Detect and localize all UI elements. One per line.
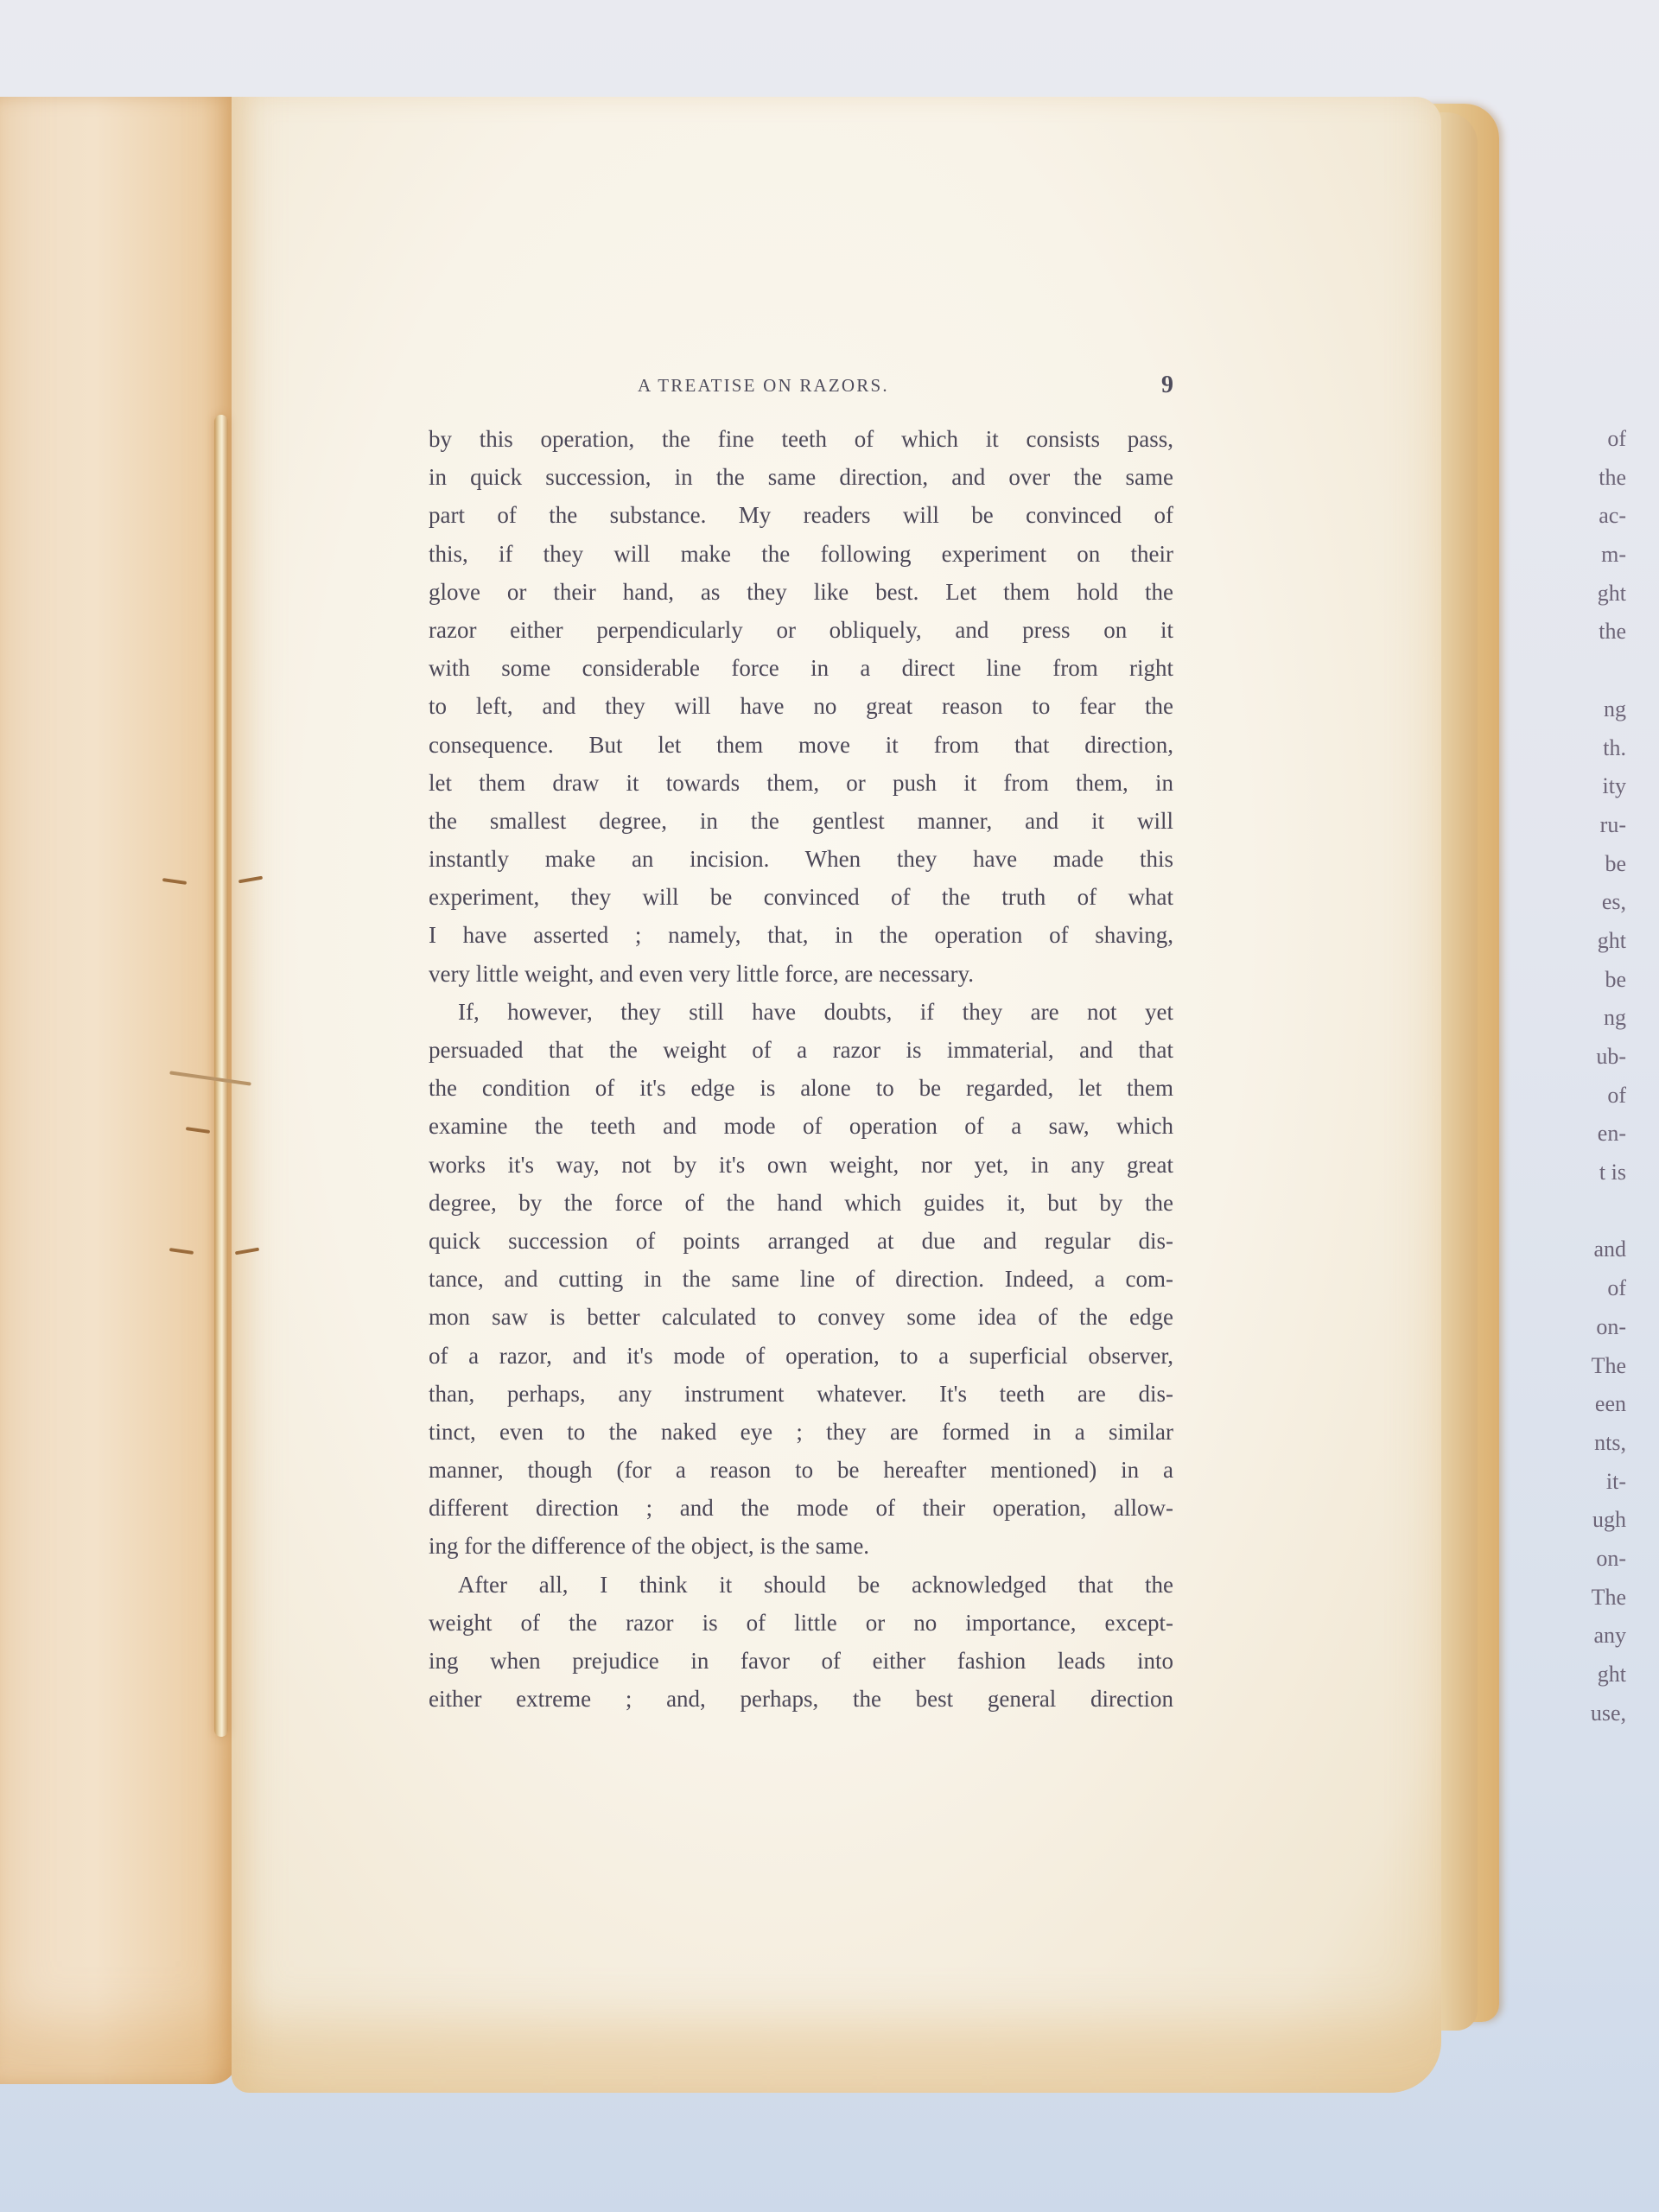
left-fragment: The xyxy=(1522,1347,1626,1386)
text-line: instantly make an incision. When they ha… xyxy=(429,840,1173,878)
left-fragment: es, xyxy=(1522,883,1626,922)
running-title: A TREATISE ON RAZORS. xyxy=(638,375,889,397)
text-line: of a razor, and it's mode of operation, … xyxy=(429,1337,1173,1375)
left-fragment: the xyxy=(1522,459,1626,498)
left-fragment: t is xyxy=(1522,1154,1626,1192)
left-fragment: use, xyxy=(1522,1694,1626,1733)
text-line: this, if they will make the following ex… xyxy=(429,535,1173,573)
left-fragment: be xyxy=(1522,845,1626,884)
text-line: to left, and they will have no great rea… xyxy=(429,687,1173,725)
left-fragment: nts, xyxy=(1522,1424,1626,1463)
left-fragment: of xyxy=(1522,1269,1626,1308)
text-line: weight of the razor is of little or no i… xyxy=(429,1604,1173,1642)
text-line: examine the teeth and mode of operation … xyxy=(429,1107,1173,1145)
text-line: let them draw it towards them, or push i… xyxy=(429,764,1173,802)
left-fragment: ugh xyxy=(1522,1501,1626,1540)
text-line: quick succession of points arranged at d… xyxy=(429,1222,1173,1260)
text-line: mon saw is better calculated to convey s… xyxy=(429,1298,1173,1336)
left-fragment: it- xyxy=(1522,1463,1626,1502)
text-line: glove or their hand, as they like best. … xyxy=(429,573,1173,611)
text-line: manner, though (for a reason to be herea… xyxy=(429,1451,1173,1489)
text-line: ing when prejudice in favor of either fa… xyxy=(429,1642,1173,1680)
paragraph-end-line: very little weight, and even very little… xyxy=(429,955,1173,993)
body-text: by this operation, the fine teeth of whi… xyxy=(429,420,1173,1718)
left-fragment: The xyxy=(1522,1579,1626,1618)
text-line: in quick succession, in the same directi… xyxy=(429,458,1173,496)
left-fragment: ng xyxy=(1522,999,1626,1038)
running-head: A TREATISE ON RAZORS. 9 xyxy=(396,375,1173,401)
text-line: degree, by the force of the hand which g… xyxy=(429,1184,1173,1222)
left-fragment: any xyxy=(1522,1617,1626,1656)
left-fragment: be xyxy=(1522,961,1626,1000)
left-fragment: ght xyxy=(1522,922,1626,961)
left-fragment: the xyxy=(1522,613,1626,652)
left-fragment: ity xyxy=(1522,767,1626,806)
left-fragment: ub- xyxy=(1522,1038,1626,1077)
left-fragment: een xyxy=(1522,1385,1626,1424)
left-fragment: m- xyxy=(1522,536,1626,575)
text-line: by this operation, the fine teeth of whi… xyxy=(429,420,1173,458)
text-line: consequence. But let them move it from t… xyxy=(429,726,1173,764)
left-page-text-fragments: of the ac- m- ght the ng th. ity ru- be … xyxy=(1522,420,1626,1732)
left-fragment: ru- xyxy=(1522,806,1626,845)
left-fragment: on- xyxy=(1522,1540,1626,1579)
left-fragment: en- xyxy=(1522,1115,1626,1154)
text-line: persuaded that the weight of a razor is … xyxy=(429,1031,1173,1069)
text-line: razor either perpendicularly or obliquel… xyxy=(429,611,1173,649)
binding-thread xyxy=(214,415,228,1737)
text-line: the smallest degree, in the gentlest man… xyxy=(429,802,1173,840)
left-fragment: th. xyxy=(1522,729,1626,768)
left-page xyxy=(0,97,238,2084)
paragraph-start-line: After all, I think it should be acknowle… xyxy=(429,1566,1173,1604)
left-fragment xyxy=(1522,1192,1626,1231)
text-line: than, perhaps, any instrument whatever. … xyxy=(429,1375,1173,1413)
left-fragment: and xyxy=(1522,1230,1626,1269)
text-line: different direction ; and the mode of th… xyxy=(429,1489,1173,1527)
text-line: I have asserted ; namely, that, in the o… xyxy=(429,916,1173,954)
text-line: experiment, they will be convinced of th… xyxy=(429,878,1173,916)
paragraph-start-line: If, however, they still have doubts, if … xyxy=(429,993,1173,1031)
page-number: 9 xyxy=(1161,372,1173,399)
text-line: part of the substance. My readers will b… xyxy=(429,496,1173,534)
left-fragment xyxy=(1522,652,1626,690)
text-line: tance, and cutting in the same line of d… xyxy=(429,1260,1173,1298)
left-fragment: of xyxy=(1522,420,1626,459)
left-fragment: of xyxy=(1522,1077,1626,1116)
left-fragment: ac- xyxy=(1522,497,1626,536)
left-fragment: ng xyxy=(1522,690,1626,729)
text-line: works it's way, not by it's own weight, … xyxy=(429,1146,1173,1184)
left-fragment: ght xyxy=(1522,1656,1626,1694)
left-fragment: ght xyxy=(1522,575,1626,613)
text-line: tinct, even to the naked eye ; they are … xyxy=(429,1413,1173,1451)
text-line: either extreme ; and, perhaps, the best … xyxy=(429,1680,1173,1718)
text-line: with some considerable force in a direct… xyxy=(429,649,1173,687)
paragraph-end-line: ing for the difference of the object, is… xyxy=(429,1527,1173,1565)
text-line: the condition of it's edge is alone to b… xyxy=(429,1069,1173,1107)
left-fragment: on- xyxy=(1522,1308,1626,1347)
